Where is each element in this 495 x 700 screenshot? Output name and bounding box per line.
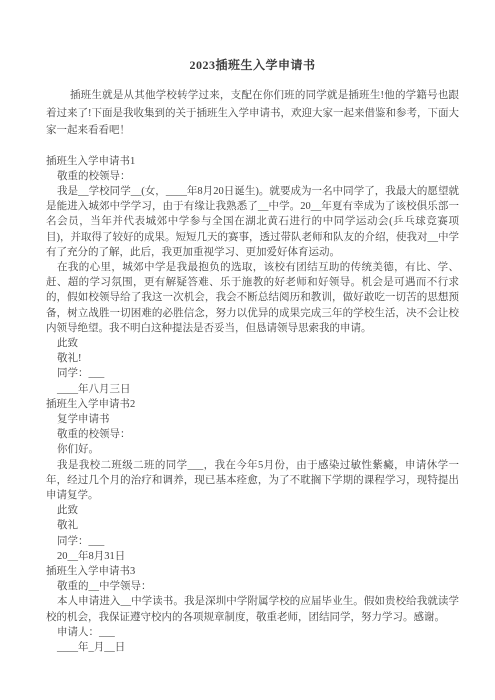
document-body: 2023插班生入学申请书 插班生就是从其他学校转学过来，支配在你们班的同学就是插… xyxy=(0,0,495,655)
section2-salutation: 敬重的校领导： xyxy=(46,427,459,442)
section1-salutation: 敬重的校领导： xyxy=(46,169,459,184)
section3-body-paragraph: 本人申请进入__中学读书。我是深圳中学附属学校的应届毕业生。假如贵校给我就读学校… xyxy=(46,594,459,624)
section2-greeting: 你们好。 xyxy=(46,442,459,457)
section3-date-line: ____年_月__日 xyxy=(46,640,459,655)
section2-closing-cizhi: 此致 xyxy=(46,503,459,518)
section2-signature-line: 同学：___ xyxy=(46,534,459,549)
section1-body-paragraph-2: 在我的心里，城郊中学是我最抱负的选取，该校有团结互助的传统美德，有比、学、赶、超… xyxy=(46,260,459,336)
section1-date-line: ____年八月三日 xyxy=(46,382,459,397)
section2-heading: 插班生入学申请书2 xyxy=(46,397,459,412)
section2-subtitle: 复学申请书 xyxy=(46,412,459,427)
section1-heading: 插班生入学申请书1 xyxy=(46,154,459,169)
section1-body-paragraph-1: 我是__学校同学__(女，____年8月20日诞生)。就要成为一名中同学了，我最… xyxy=(46,184,459,260)
intro-paragraph: 插班生就是从其他学校转学过来，支配在你们班的同学就是插班生!他的学籍号也跟着过来… xyxy=(46,87,459,140)
section2-date-line: 20__年8月31日 xyxy=(46,549,459,564)
section3-heading: 插班生入学申请书3 xyxy=(46,564,459,579)
document-page: 2023插班生入学申请书 插班生就是从其他学校转学过来，支配在你们班的同学就是插… xyxy=(0,0,495,700)
document-title: 2023插班生入学申请书 xyxy=(46,56,459,73)
section2-closing-jingli: 敬礼 xyxy=(46,518,459,533)
section1-closing-jingli: 敬礼! xyxy=(46,351,459,366)
section2-body-paragraph: 我是我校二班级二班的同学___，我在今年5月份，由于感染过敏性紫癜，申请休学一年… xyxy=(46,458,459,504)
section3-salutation: 敬重的__中学领导： xyxy=(46,579,459,594)
section1-signature-line: 同学：___ xyxy=(46,366,459,381)
section1-closing-cizhi: 此致 xyxy=(46,336,459,351)
section3-applicant-line: 申请人：___ xyxy=(46,625,459,640)
